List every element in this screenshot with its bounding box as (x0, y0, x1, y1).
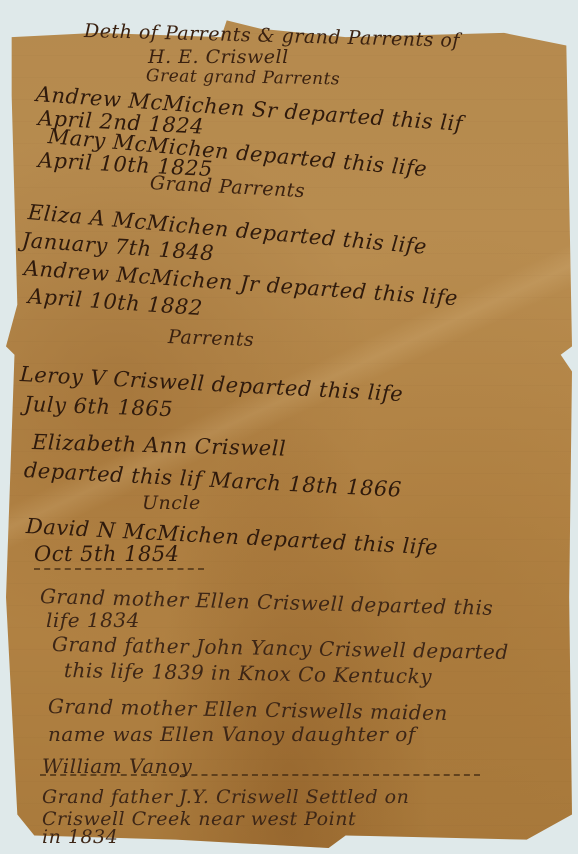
note-line: in 1834 (42, 826, 118, 848)
record-date: July 6th 1865 (24, 392, 174, 421)
section-heading: Uncle (142, 492, 201, 514)
record-date: Oct 5th 1854 (34, 542, 180, 566)
note-line: name was Ellen Vanoy daughter of (48, 722, 416, 746)
section-divider (34, 568, 204, 570)
section-heading: Great grand Parrents (146, 66, 340, 89)
section-heading: Parrents (168, 326, 255, 351)
note-line: Grand father J.Y. Criswell Settled on (42, 786, 409, 808)
note-line: life 1834 (46, 608, 140, 632)
section-divider (40, 774, 480, 776)
document-subject: H. E. Criswell (148, 46, 289, 68)
